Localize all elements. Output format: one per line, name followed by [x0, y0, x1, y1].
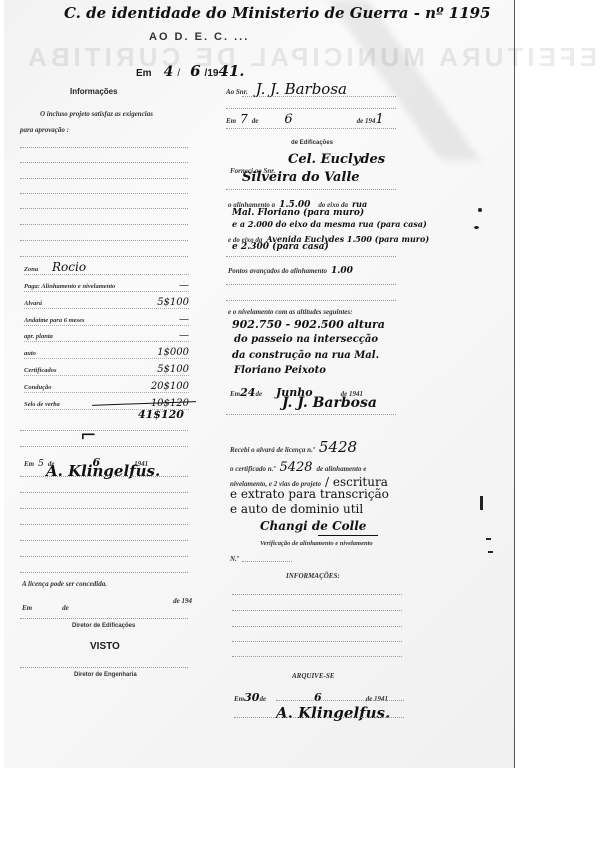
blank-line: [20, 147, 188, 148]
recebi-label: Recebi o alvará de licença n.º: [230, 446, 315, 454]
blank-line: [226, 284, 396, 285]
signature-line: [20, 618, 188, 619]
blank-line: [20, 508, 188, 509]
blank-line: [232, 656, 402, 657]
fee-row: Andaime para 6 meses—: [24, 311, 189, 326]
nivelamento-line: da construção na rua Mal.: [232, 350, 379, 361]
informacoes-heading: Informações: [70, 87, 118, 96]
fee-value: 5$100: [157, 297, 189, 308]
date-year-suffix: 41.: [218, 62, 244, 80]
fee-value: 5$100: [157, 364, 189, 375]
blank-line: [20, 162, 188, 163]
date-day: 5: [38, 459, 44, 469]
date-de: de: [252, 117, 259, 125]
informacoes-heading-2: INFORMAÇÕES:: [286, 572, 340, 580]
fee-value: —: [179, 280, 189, 291]
forneci-value-1: Cel. Euclydes: [288, 152, 385, 167]
blank-line: [20, 256, 188, 257]
license-text: A licença pode ser concedida.: [22, 580, 107, 588]
docs-line: e auto de dominio util: [230, 502, 363, 516]
blank-line: [232, 610, 402, 611]
ink-speck: [486, 538, 491, 540]
arquive-heading: ARQUIVE-SE: [292, 672, 334, 680]
intro-line-1: O incluso projeto satisfaz as exigencias: [40, 110, 153, 118]
date-de: de: [259, 695, 266, 703]
fee-label: Selo de verba: [24, 401, 60, 408]
date-year-hand: 1: [376, 112, 384, 127]
blank-line: [226, 108, 396, 109]
zona-label: Zona: [24, 266, 38, 273]
fee-row: Paga: Alinhamento e nivelamento—: [24, 277, 189, 292]
alinhamento-line: Mal. Floriano (para muro): [232, 208, 364, 218]
fee-row: Certificados5$100: [24, 361, 189, 376]
pontos-label: Pontos avançados do alinhamento: [228, 267, 327, 275]
nivelamento-label: e o nivelamento com as altitudes seguint…: [228, 308, 352, 316]
signature-barbosa: J. J. Barbosa: [282, 395, 377, 411]
fee-label: apr. planta: [24, 333, 53, 340]
blank-line: [20, 524, 188, 525]
ink-speck: [480, 496, 483, 510]
zona-value: Rocio: [52, 260, 86, 274]
blank-line: [20, 240, 188, 241]
blank-line: [20, 572, 188, 573]
recebi-row: Recebi o alvará de licença n.º 5428: [230, 438, 357, 457]
blank-line: [20, 208, 188, 209]
pontos-value: 1.00: [331, 266, 353, 276]
date-prefix: Em: [22, 604, 32, 612]
docs-line: e extrato para transcrição: [230, 487, 389, 501]
director-engenharia: Diretor de Engenharia: [74, 672, 137, 678]
fee-value: 1$000: [157, 347, 189, 358]
date-month: 6: [190, 62, 200, 80]
fee-value: 20$100: [151, 381, 189, 392]
blank-line: [20, 446, 188, 447]
letterhead-watermark: PREFEITURA MUNICIPAL DE CURITIBA: [24, 42, 600, 73]
certificado-suffix: de alinhamento e: [317, 465, 367, 473]
date-year-prefix: 19: [207, 68, 218, 79]
pontos-row: Pontos avançados do alinhamento 1.00: [228, 260, 353, 278]
edificacoes-label: de Edificações: [291, 140, 333, 146]
fee-label: Paga: Alinhamento e nivelamento: [24, 283, 115, 290]
no-line: [242, 561, 292, 562]
certificado-label: o certificado n.º: [230, 465, 275, 473]
ink-speck: [488, 551, 493, 553]
blank-line: [226, 128, 396, 129]
fee-value: —: [179, 314, 189, 325]
zona-row: Zona Rocio: [24, 260, 189, 275]
date-day: 24: [240, 386, 255, 399]
fee-total: 41$120: [138, 408, 184, 421]
alinhamento-line: e a 2.000 do eixo da mesma rua (para cas…: [232, 219, 427, 229]
signature-receiver: Changi de Colle: [260, 519, 366, 533]
date-day: 30: [244, 691, 259, 704]
fee-row: Condução20$100: [24, 378, 189, 393]
visto-heading: VISTO: [90, 641, 120, 652]
license-date: Em de de 194: [22, 597, 192, 615]
fee-label: Certificados: [24, 367, 57, 374]
document-page: PREFEITURA MUNICIPAL DE CURITIBA C. de i…: [4, 0, 515, 768]
date-de: de: [62, 604, 69, 612]
fee-row: Alvará5$100: [24, 294, 189, 309]
ink-speck: [474, 226, 479, 229]
nivelamento-line: do passeio na intersecção: [234, 334, 378, 345]
fee-row: apr. planta—: [24, 327, 189, 342]
blank-line: [232, 626, 402, 627]
date-de: de: [255, 390, 262, 398]
signature-line: [20, 667, 188, 668]
stamp: AO D. E. C. ...: [149, 31, 249, 43]
handwritten-mark: ⌐: [80, 423, 97, 447]
blank-line: [20, 492, 188, 493]
blank-line: [20, 476, 188, 477]
nivelamento-line: 902.750 - 902.500 altura: [232, 318, 385, 331]
signature-underline: [318, 535, 378, 536]
header-date: Em 4 / 6 /1941.: [136, 62, 245, 81]
handwritten-title: C. de identidade do Ministerio de Guerra…: [64, 4, 491, 22]
blank-line: [226, 189, 396, 190]
verificacao-label: Verificação de alinhamento e nivelamento: [260, 540, 373, 547]
ink-speck: [478, 208, 482, 212]
fee-value: —: [179, 330, 189, 341]
blank-line: [276, 700, 404, 701]
blank-line: [226, 300, 396, 301]
blank-line: [242, 96, 396, 97]
ao-sur-label: Ao Snr.: [226, 88, 248, 96]
date-year: de 1941: [366, 695, 388, 703]
director-edificacoes: Diretor de Edificações: [72, 623, 135, 629]
intro-line-2: para aprovação :: [20, 126, 69, 134]
date-prefix: Em: [234, 695, 244, 703]
date-prefix: Em: [226, 117, 236, 125]
blank-line: [20, 193, 188, 194]
right-date-1: Em 7 de 6 de 1941: [226, 110, 401, 128]
blank-line: [20, 178, 188, 179]
blank-line: [20, 556, 188, 557]
fee-row: auto1$000: [24, 344, 189, 359]
blank-line: [20, 540, 188, 541]
fee-label: Andaime para 6 meses: [24, 317, 85, 324]
blank-line: [232, 594, 402, 595]
fee-label: auto: [24, 350, 36, 357]
fee-label: Condução: [24, 384, 51, 391]
blank-line: [226, 256, 396, 257]
eixo-line-2: e 2.300 (para casa): [232, 242, 329, 252]
blank-line: [20, 430, 188, 431]
date-prefix: Em: [136, 68, 152, 79]
date-prefix: Em: [24, 460, 34, 468]
date-prefix: Em: [230, 390, 240, 398]
nivelamento-line: Floriano Peixoto: [234, 365, 326, 376]
no-label: N.º: [230, 555, 239, 563]
fee-label: Alvará: [24, 300, 42, 307]
date-month: 6: [284, 112, 292, 127]
blank-line: [226, 414, 396, 415]
signature-klingelfus: A. Klingelfus.: [46, 462, 160, 480]
date-year: de 194: [173, 597, 192, 605]
date-day: 7: [240, 112, 248, 126]
date-year-label: de 194: [357, 117, 376, 125]
date-month: 6: [314, 691, 322, 704]
blank-line: [234, 717, 404, 718]
date-day: 4: [164, 64, 174, 80]
blank-line: [232, 641, 402, 642]
recebi-value: 5428: [319, 438, 357, 456]
forneci-value-2: Silveira do Valle: [242, 170, 360, 185]
blank-line: [20, 224, 188, 225]
signature-klingelfus-2: A. Klingelfus.: [276, 704, 390, 722]
